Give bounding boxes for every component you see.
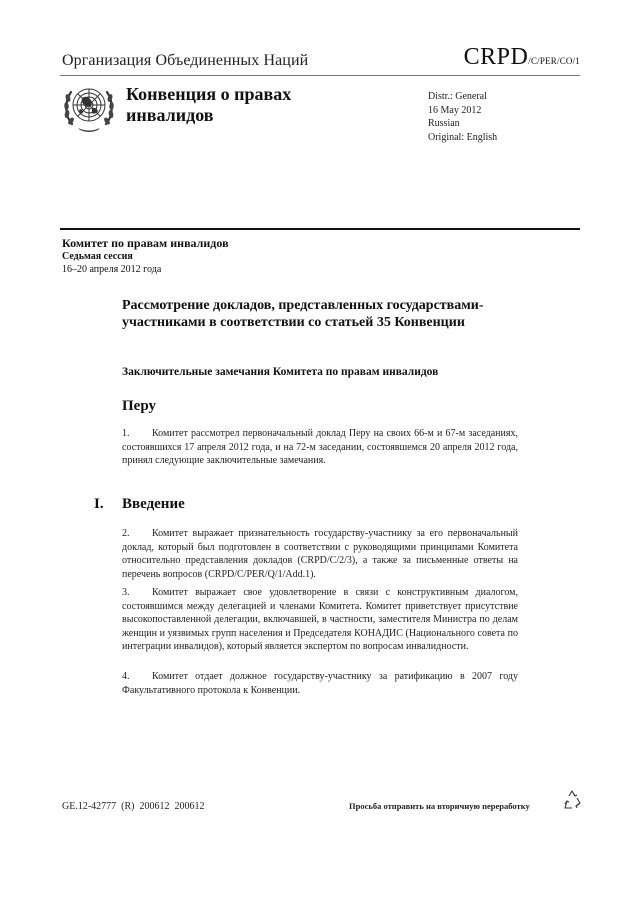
country-heading: Перу	[122, 398, 156, 415]
section-number: I.	[94, 496, 122, 513]
original-language: Original: English	[428, 131, 497, 145]
document-title: Рассмотрение докладов, представленных го…	[122, 297, 502, 331]
un-emblem-icon	[62, 80, 116, 134]
paragraph-number: 1.	[122, 427, 152, 441]
organization-name: Организация Объединенных Наций	[62, 52, 308, 70]
paragraph-3: 3.Комитет выражает свое удовлетворение в…	[122, 586, 518, 654]
job-number: GE.12-42777 (R) 200612 200612	[62, 801, 205, 812]
section-heading: I.Введение	[94, 496, 185, 513]
paragraph-number: 4.	[122, 670, 152, 684]
symbol-suffix: /C/PER/CO/1	[528, 56, 580, 66]
recycle-note: Просьба отправить на вторичную переработ…	[349, 801, 530, 811]
document-symbol: CRPD/C/PER/CO/1	[464, 44, 580, 71]
document-page: Организация Объединенных Наций CRPD/C/PE…	[0, 0, 640, 905]
paragraph-4: 4.Комитет отдает должное государству-уча…	[122, 670, 518, 697]
session-name: Седьмая сессия	[62, 250, 229, 263]
distribution-type: Distr.: General	[428, 90, 497, 104]
convention-title: Конвенция о правах инвалидов	[126, 84, 346, 126]
document-subtitle: Заключительные замечания Комитета по пра…	[122, 366, 438, 378]
paragraph-text: Комитет выражает свое удовлетворение в с…	[122, 587, 518, 652]
masthead-rule	[60, 228, 580, 230]
paragraph-text: Комитет отдает должное государству-участ…	[122, 671, 518, 696]
session-dates: 16–20 апреля 2012 года	[62, 263, 229, 276]
header-rule	[60, 75, 580, 76]
paragraph-number: 2.	[122, 527, 152, 541]
committee-name: Комитет по правам инвалидов	[62, 237, 229, 250]
symbol-main: CRPD	[464, 44, 529, 70]
recycle-icon	[562, 788, 582, 812]
paragraph-2: 2.Комитет выражает признательность госуд…	[122, 527, 518, 581]
section-title: Введение	[122, 496, 185, 512]
paragraph-text: Комитет выражает признательность государ…	[122, 528, 518, 580]
paragraph-number: 3.	[122, 586, 152, 600]
document-language: Russian	[428, 117, 497, 131]
committee-block: Комитет по правам инвалидов Седьмая сесс…	[62, 237, 229, 276]
paragraph-text: Комитет рассмотрел первоначальный доклад…	[122, 428, 518, 466]
distribution-date: 16 May 2012	[428, 104, 497, 118]
paragraph-1: 1.Комитет рассмотрел первоначальный докл…	[122, 427, 518, 468]
distribution-block: Distr.: General 16 May 2012 Russian Orig…	[428, 90, 497, 144]
